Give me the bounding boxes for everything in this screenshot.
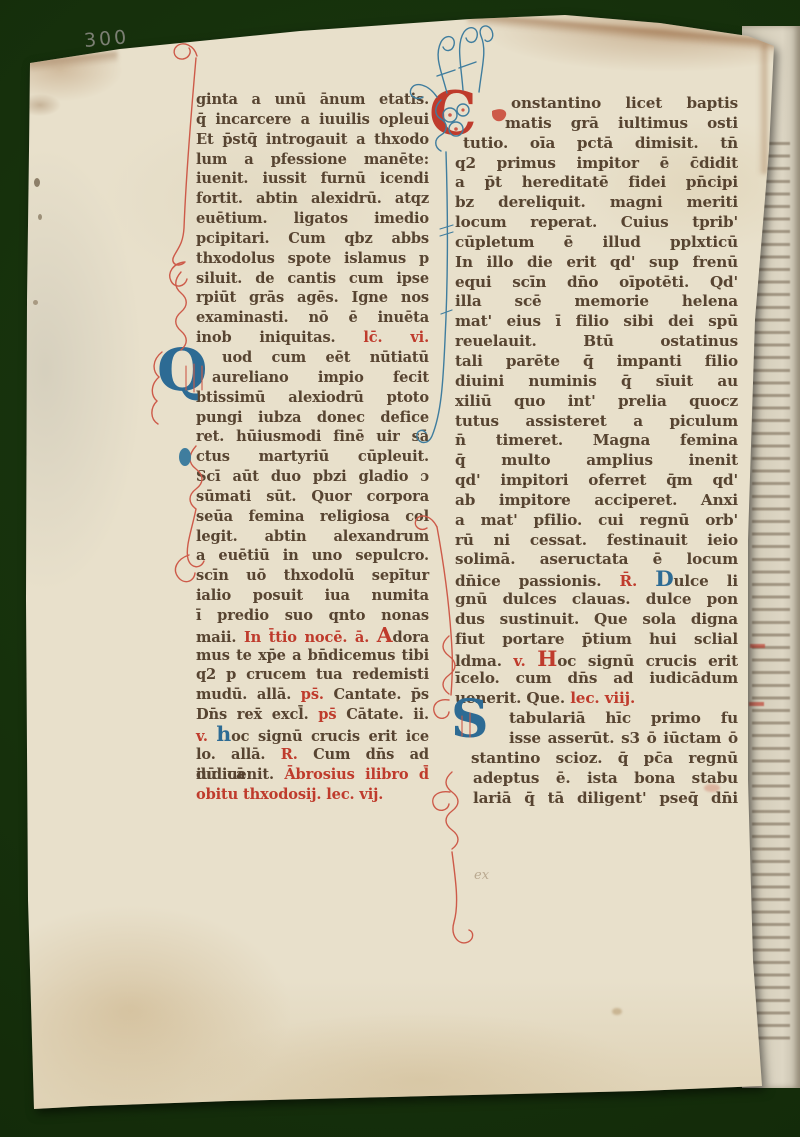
text-line: legit. abtin alexandrum <box>196 527 429 547</box>
text-segment: v. <box>196 728 216 745</box>
text-segment: ab impitore acciperet. Anxi <box>455 491 738 509</box>
text-segment: maii. <box>196 629 244 646</box>
text-segment: pungi iubza donec defice <box>196 409 429 426</box>
text-line: obitu thxodosij. lec. vij. <box>196 785 429 805</box>
text-segment: R. <box>281 746 313 763</box>
text-segment: tutus assisteret a piculum <box>455 412 738 430</box>
text-segment: tutio. oīa pctā dimisit. tn̄ <box>463 134 738 152</box>
text-segment: D <box>655 567 673 592</box>
text-line: mudū. allā. ps̄. Cantate. p̄s <box>196 685 429 705</box>
stain <box>28 51 119 72</box>
text-segment: cūpletum ē illud pplxticū <box>455 233 738 251</box>
text-segment: a mat' pfilio. cui regnū orb' <box>455 511 738 529</box>
text-segment: solimā. aseructata ē locum <box>455 550 738 568</box>
text-segment: a p̄t hereditatē fidei pn̄cipi <box>455 173 738 191</box>
text-line: fortit. abtin alexidrū. atqz <box>196 189 429 209</box>
text-segment: ī predio suo qnto nonas <box>196 607 429 624</box>
text-line: maii. In t̄tio nocē. ā. Adora <box>196 626 429 646</box>
text-segment: euētium. ligatos imedio <box>196 210 429 227</box>
text-line: n̄ timeret. Magna femina <box>455 431 738 451</box>
text-segment: oc signū crucis erit ice <box>231 728 429 745</box>
text-line: iuenit. iussit furnū icendi <box>196 169 429 189</box>
backdrop: { "page": { "folio_number": "300", "quir… <box>0 0 800 1137</box>
text-line: a mat' pfilio. cui regnū orb' <box>455 511 738 531</box>
text-segment: H <box>537 647 557 672</box>
text-segment: locum reperat. Cuius tprib' <box>455 213 738 231</box>
text-segment: pcipitari. Cum qbz abbs <box>196 230 429 247</box>
text-line: onstantino licet baptis <box>511 94 738 114</box>
text-segment: lo. allā. <box>196 746 281 763</box>
left-text-column: ginta a unū ānum etatis.q̄ incarcere a i… <box>196 90 429 804</box>
text-line: siluit. de cantis cum ipse <box>196 269 429 289</box>
text-segment: h <box>216 722 231 746</box>
text-segment: reuelauit. Btū ostatinus <box>455 332 738 350</box>
text-line: reuelauit. Btū ostatinus <box>455 332 738 352</box>
text-segment: a euētiū in uno sepulcro. <box>196 547 429 564</box>
text-line: lariā q̄ tā diligent' pseq̄ dn̄i <box>473 789 738 809</box>
text-line: euētium. ligatos imedio <box>196 209 429 229</box>
text-segment: rpiūt grās agēs. Igne nos <box>196 289 429 306</box>
text-segment: lc̄. vi. <box>363 329 429 346</box>
text-line: ginta a unū ānum etatis. <box>196 90 429 110</box>
text-segment: iuenit. iussit furnū icendi <box>196 170 429 187</box>
text-line: xiliū quo int' prelia quocz <box>455 392 738 412</box>
text-line: thxodolus spote islamus p <box>196 249 429 269</box>
text-segment: tabulariā hīc primo fu <box>509 709 738 727</box>
text-segment: rū ni cessat. festinauit ieio <box>455 531 738 549</box>
text-segment: examinasti. nō ē inuēta <box>196 309 429 326</box>
text-segment: illa scē memorie helena <box>455 292 738 310</box>
text-line: tutus assisteret a piculum <box>455 412 738 432</box>
text-segment: stantino scioz. q̄ pc̄a regnū <box>471 749 738 767</box>
text-line: diuini numinis q̄ sīuit au <box>455 372 738 392</box>
text-line: seūa femina religiosa col <box>196 507 429 527</box>
text-segment: dus sustinuit. Que sola digna <box>455 610 738 628</box>
text-segment: mudū. allā. <box>196 686 301 703</box>
text-segment: q2 p crucem tua redemisti <box>196 666 429 683</box>
text-segment: uod cum eēt nūtiatū <box>222 349 429 366</box>
text-line: tutio. oīa pctā dimisit. tn̄ <box>463 134 738 154</box>
text-segment: onstantino licet baptis <box>511 94 738 112</box>
text-segment: Scī aūt duo pbzi gladio ɔ <box>196 468 429 485</box>
text-segment: legit. abtin alexandrum <box>196 528 429 545</box>
text-line: aureliano impio fecit <box>212 368 429 388</box>
text-segment: seūa femina religiosa col <box>196 508 429 525</box>
quire-mark: ex <box>474 868 489 883</box>
text-segment: bz dereliquit. magni meriti <box>455 193 738 211</box>
text-line: ialio posuit iua numita <box>196 586 429 606</box>
text-line: a euētiū in uno sepulcro. <box>196 546 429 566</box>
initial-s: S <box>451 694 489 746</box>
text-line: illa scē memorie helena <box>455 292 738 312</box>
text-line: inob iniquitas. lc̄. vi. <box>196 328 429 348</box>
text-segment: ret. hūiusmodi finē uir sā <box>196 428 429 445</box>
text-segment: dn̄ice passionis. <box>455 572 619 590</box>
text-line: solimā. aseructata ē locum <box>455 550 738 570</box>
text-line: dū uenit. Ābrosius ilibro d̄ <box>196 765 429 785</box>
text-line: lo. allā. R. Cum dn̄s ad iudicā <box>196 745 429 765</box>
text-segment: thxodolus spote islamus p <box>196 250 429 267</box>
text-segment: Cātate. ii. <box>346 706 429 723</box>
text-line: In illo die erit qd' sup frenū <box>455 253 738 273</box>
stain <box>467 13 779 52</box>
text-segment: scīn uō thxodolū sepītur <box>196 567 429 584</box>
text-segment: inob iniquitas. <box>196 329 363 346</box>
text-segment: mat' eius ī filio sibi dei spū <box>455 312 738 330</box>
text-line: v. hoc signū crucis erit ice <box>196 725 429 745</box>
text-segment: ldma. <box>455 652 513 670</box>
text-segment: īcelo. cum dn̄s ad iudicādum <box>455 669 738 687</box>
text-line: ret. hūiusmodi finē uir sā <box>196 427 429 447</box>
text-segment: ps̄ <box>318 706 346 723</box>
initial-q: Q <box>157 341 208 399</box>
text-line: ldma. v. Hoc signū crucis erit <box>455 650 738 670</box>
text-segment: In t̄tio nocē. ā. <box>244 629 377 646</box>
text-line: bz dereliquit. magni meriti <box>455 193 738 213</box>
text-segment: oc signū crucis erit <box>557 652 738 670</box>
text-segment: ctus martyriū cūpleuit. <box>196 448 429 465</box>
text-line: tabulariā hīc primo fu <box>509 709 738 729</box>
text-line: gnū dulces clauas. dulce pon <box>455 590 738 610</box>
text-line: q2 primus impitor ē c̄didit <box>455 154 738 174</box>
text-line: pcipitari. Cum qbz abbs <box>196 229 429 249</box>
text-line: cūpletum ē illud pplxticū <box>455 233 738 253</box>
text-line: mus te xp̄e a bn̄dicemus tibi <box>196 646 429 666</box>
text-segment: tali parēte q̄ impanti filio <box>455 352 738 370</box>
text-line: qd' impitori oferret q̄m qd' <box>455 471 738 491</box>
text-segment: Dn̄s rex̄ excl̄. <box>196 706 318 723</box>
text-segment: sūmati sūt. Quor corpora <box>196 488 429 505</box>
text-line: locum reperat. Cuius tprib' <box>455 213 738 233</box>
text-segment: mus te xp̄e a bn̄dicemus tibi <box>196 647 429 664</box>
text-segment: adeptus ē. ista bona stabu <box>473 769 738 787</box>
text-line: īcelo. cum dn̄s ad iudicādum <box>455 669 738 689</box>
text-segment: A <box>377 623 393 647</box>
text-segment: q2 primus impitor ē c̄didit <box>455 154 738 172</box>
text-segment: ulce li <box>674 572 739 590</box>
text-line: adeptus ē. ista bona stabu <box>473 769 738 789</box>
text-line: rpiūt grās agēs. Igne nos <box>196 288 429 308</box>
text-line: fiut portare p̄tium hui sclial <box>455 630 738 650</box>
text-line: dus sustinuit. Que sola digna <box>455 610 738 630</box>
text-segment: q̄ multo amplius inenit <box>455 451 738 469</box>
text-segment: lariā q̄ tā diligent' pseq̄ dn̄i <box>473 789 738 807</box>
text-line: ctus martyriū cūpleuit. <box>196 447 429 467</box>
stain <box>612 1008 622 1015</box>
stain <box>33 300 38 305</box>
text-line: ab impitore acciperet. Anxi <box>455 491 738 511</box>
text-line: tali parēte q̄ impanti filio <box>455 352 738 372</box>
text-segment: Et p̄stq̄ introgauit a thxodo <box>196 131 429 148</box>
text-line: stantino scioz. q̄ pc̄a regnū <box>471 749 738 769</box>
text-segment: R̄. <box>619 572 655 590</box>
text-line: equi scīn dn̄o oīpotēti. Qd' <box>455 273 738 293</box>
text-segment: v. <box>513 652 537 670</box>
text-segment: lum a pfessione manēte: <box>196 151 429 168</box>
text-segment: siluit. de cantis cum ipse <box>196 270 429 287</box>
text-line: sūmati sūt. Quor corpora <box>196 487 429 507</box>
text-segment: In illo die erit qd' sup frenū <box>455 253 738 271</box>
text-line: uenerit. Que. lec. viij. <box>455 689 738 709</box>
text-segment: equi scīn dn̄o oīpotēti. Qd' <box>455 273 738 291</box>
text-segment: ps̄. <box>301 686 334 703</box>
text-segment: btissimū alexiodrū ptoto <box>196 389 429 406</box>
text-line: a p̄t hereditatē fidei pn̄cipi <box>455 173 738 193</box>
text-line: q̄ multo amplius inenit <box>455 451 738 471</box>
text-line: btissimū alexiodrū ptoto <box>196 388 429 408</box>
text-segment: xiliū quo int' prelia quocz <box>455 392 738 410</box>
text-segment: qd' impitori oferret q̄m qd' <box>455 471 738 489</box>
text-line: mat' eius ī filio sibi dei spū <box>455 312 738 332</box>
text-segment: aureliano impio fecit <box>212 369 429 386</box>
text-segment: fiut portare p̄tium hui sclial <box>455 630 738 648</box>
text-line: matis grā iultimus osti <box>505 114 738 134</box>
text-segment: dora <box>393 629 429 646</box>
stain <box>38 214 42 220</box>
text-line: Scī aūt duo pbzi gladio ɔ <box>196 467 429 487</box>
text-segment: ialio posuit iua numita <box>196 587 429 604</box>
text-segment: isse asserūt. s3 ō iūctam ō <box>509 729 738 747</box>
text-line: q2 p crucem tua redemisti <box>196 665 429 685</box>
text-segment: dū uenit. <box>196 766 284 783</box>
folio-number: 300 <box>83 26 130 52</box>
text-line: isse asserūt. s3 ō iūctam ō <box>509 729 738 749</box>
text-line: uod cum eēt nūtiatū <box>222 348 429 368</box>
text-line: q̄ incarcere a iuuilis opleui <box>196 110 429 130</box>
text-line: lum a pfessione manēte: <box>196 150 429 170</box>
initial-c: C <box>429 84 477 144</box>
right-text-column: onstantino licet baptismatis grā iultimu… <box>455 94 738 808</box>
text-line: dn̄ice passionis. R̄. Dulce li <box>455 570 738 590</box>
text-segment: lec. viij. <box>570 689 635 707</box>
text-segment: Cantate. p̄s <box>333 686 429 703</box>
text-line: examinasti. nō ē inuēta <box>196 308 429 328</box>
text-line: ī predio suo qnto nonas <box>196 606 429 626</box>
stain <box>758 44 767 174</box>
text-segment: diuini numinis q̄ sīuit au <box>455 372 738 390</box>
text-segment: n̄ timeret. Magna femina <box>455 431 738 449</box>
text-line: rū ni cessat. festinauit ieio <box>455 531 738 551</box>
text-segment: fortit. abtin alexidrū. atqz <box>196 190 429 207</box>
text-segment: matis grā iultimus osti <box>505 114 738 132</box>
text-segment: gnū dulces clauas. dulce pon <box>455 590 738 608</box>
text-line: pungi iubza donec defice <box>196 408 429 428</box>
text-segment: obitu thxodosij. lec. vij. <box>196 786 383 803</box>
text-segment: q̄ incarcere a iuuilis opleui <box>196 111 429 128</box>
text-line: scīn uō thxodolū sepītur <box>196 566 429 586</box>
text-line: Et p̄stq̄ introgauit a thxodo <box>196 130 429 150</box>
text-segment: Ābrosius ilibro d̄ <box>284 766 429 783</box>
stain <box>34 178 40 187</box>
text-segment: ginta a unū ānum etatis. <box>196 91 429 108</box>
